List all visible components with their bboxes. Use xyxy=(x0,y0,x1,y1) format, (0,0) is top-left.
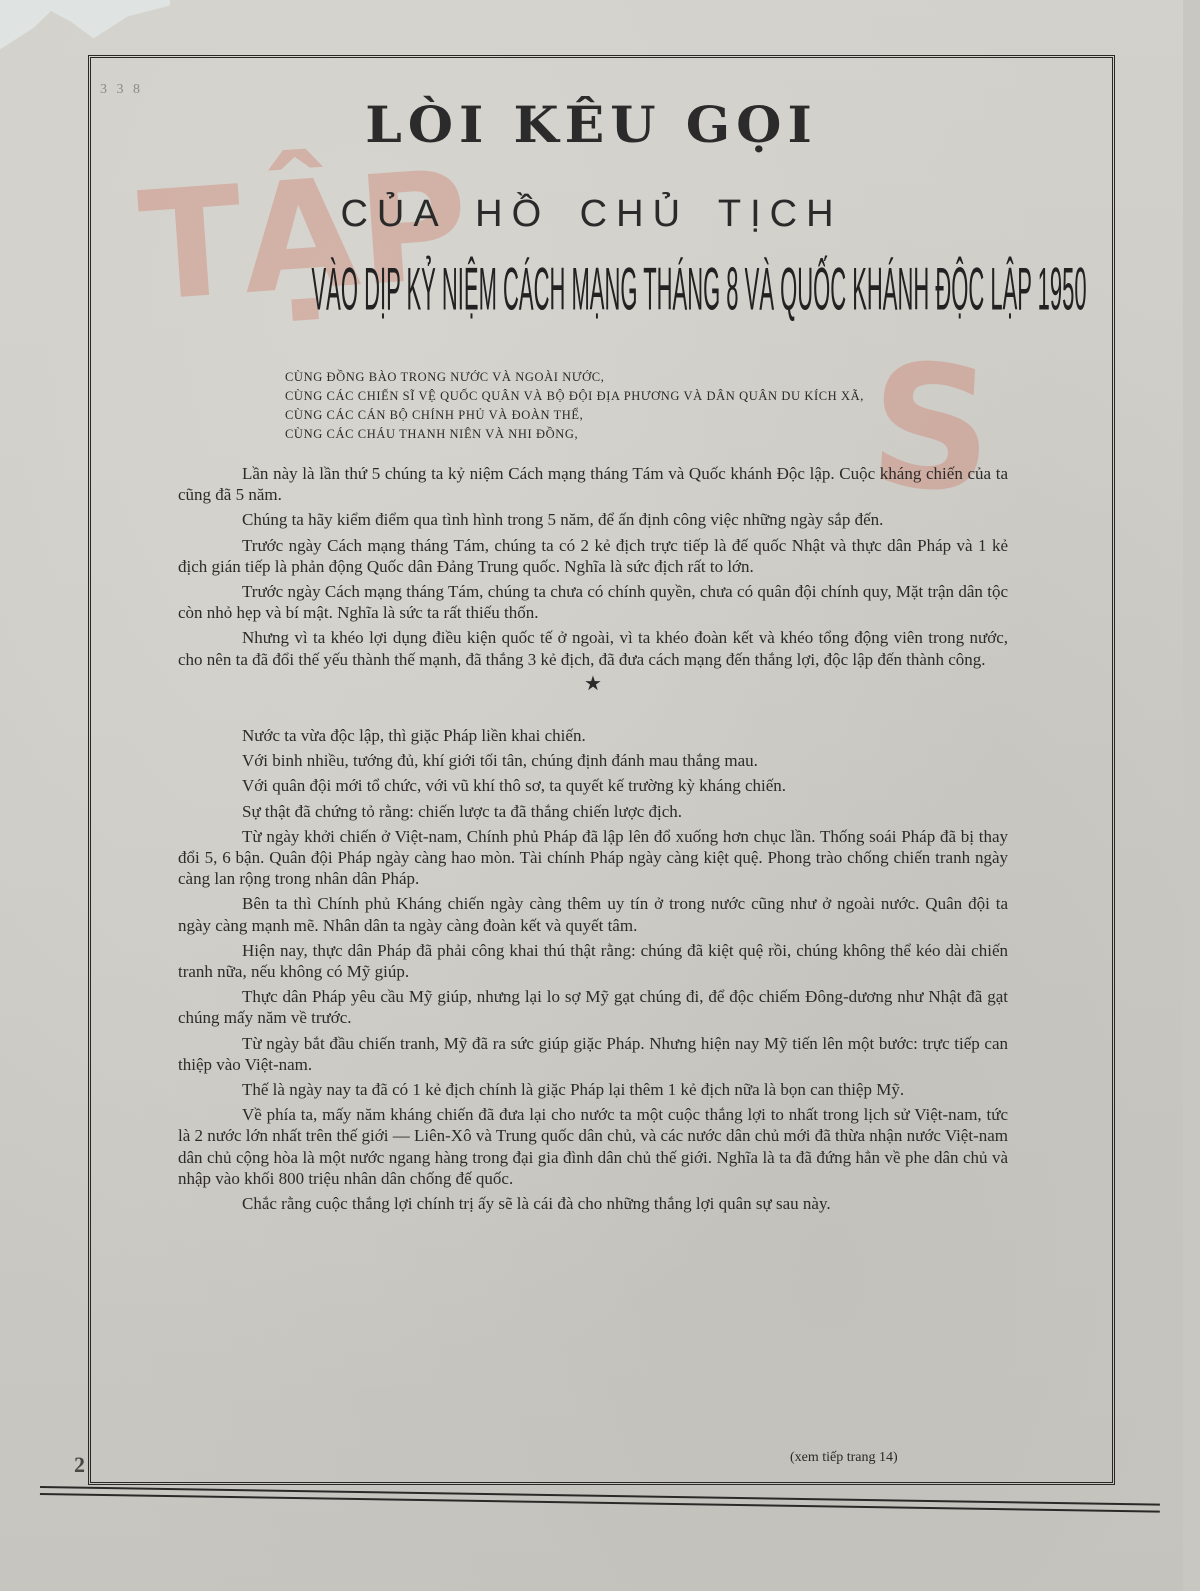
paragraph: Trước ngày Cách mạng tháng Tám, chúng ta… xyxy=(178,535,1008,577)
paragraph: Với quân đội mới tổ chức, với vũ khí thô… xyxy=(178,775,1008,796)
paragraph: Với binh nhiều, tướng đủ, khí giới tối t… xyxy=(178,750,1008,771)
paragraph: Chắc rằng cuộc thắng lợi chính trị ấy sẽ… xyxy=(178,1193,1008,1214)
paragraph: Về phía ta, mấy năm kháng chiến đã đưa l… xyxy=(178,1104,1008,1189)
salutation-line: Cùng các cán bộ chính phủ và đoàn thể, xyxy=(285,406,864,425)
salutation-line: Cùng các cháu thanh niên và nhi đồng, xyxy=(285,425,864,444)
paragraph: Sự thật đã chứng tỏ rằng: chiến lược ta … xyxy=(178,801,1008,822)
paragraph: Thực dân Pháp yêu cầu Mỹ giúp, nhưng lại… xyxy=(178,986,1008,1028)
salutation-line: Cùng đồng bào trong nước và ngoài nước, xyxy=(285,368,864,387)
paragraph: Trước ngày Cách mạng tháng Tám, chúng ta… xyxy=(178,581,1008,623)
salutation-line: Cùng các chiến sĩ vệ quốc quân và bộ đội… xyxy=(285,387,864,406)
occasion-heading: VÀO DỊP KỶ NIỆM CÁCH MẠNG THÁNG 8 VÀ QUỐ… xyxy=(312,268,873,313)
body-text: Lần này là lần thứ 5 chúng ta kỷ niệm Cá… xyxy=(178,463,1008,1218)
paragraph: Nước ta vừa độc lập, thì giặc Pháp liền … xyxy=(178,725,1008,746)
page-title: LÒI KÊU GỌI xyxy=(0,97,1183,155)
paragraph: Từ ngày khởi chiến ở Việt-nam, Chính phủ… xyxy=(178,826,1008,890)
page-subtitle: CỦA HỒ CHỦ TỊCH xyxy=(0,193,1183,236)
paragraph: Hiện nay, thực dân Pháp đã phải công kha… xyxy=(178,940,1008,982)
star-separator-icon: ★ xyxy=(178,674,1008,695)
paragraph: Lần này là lần thứ 5 chúng ta kỷ niệm Cá… xyxy=(178,463,1008,505)
continuation-note: (xem tiếp trang 14) xyxy=(790,1450,898,1466)
paragraph: Bên ta thì Chính phủ Kháng chiến ngày cà… xyxy=(178,893,1008,935)
occasion-text: VÀO DỊP KỶ NIỆM CÁCH MẠNG THÁNG 8 VÀ QUỐ… xyxy=(312,257,1087,325)
page-number: 2 xyxy=(74,1452,85,1478)
paragraph: Nhưng vì ta khéo lợi dụng điều kiện quốc… xyxy=(178,627,1008,669)
paragraph: Từ ngày bắt đầu chiến tranh, Mỹ đã ra sứ… xyxy=(178,1033,1008,1075)
salutation-block: Cùng đồng bào trong nước và ngoài nước, … xyxy=(285,368,864,444)
paragraph: Thế là ngày nay ta đã có 1 kẻ địch chính… xyxy=(178,1079,1008,1100)
paragraph: Chúng ta hãy kiểm điểm qua tình hình tro… xyxy=(178,509,1008,530)
